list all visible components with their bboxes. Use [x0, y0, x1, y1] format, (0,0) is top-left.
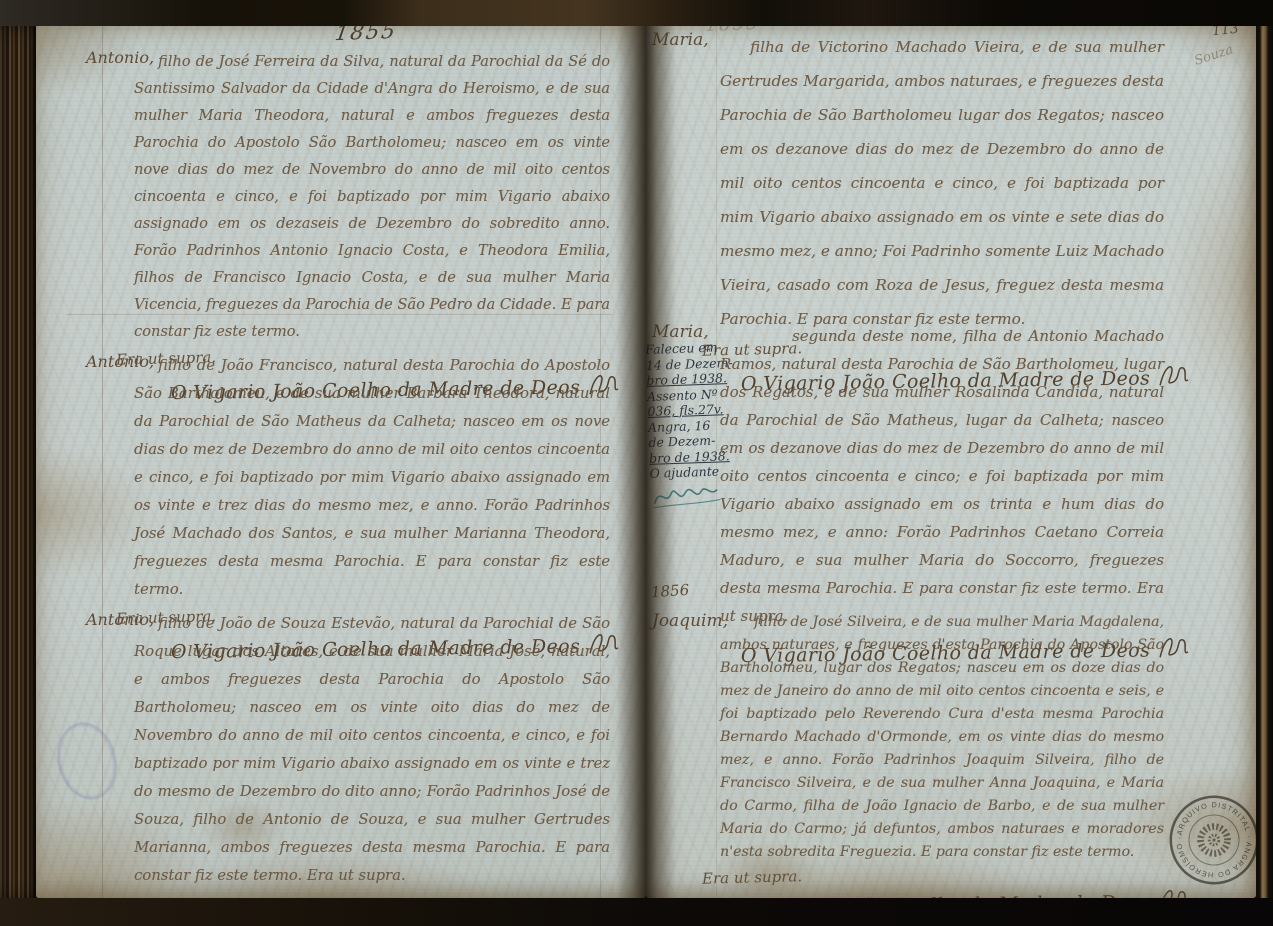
entry-closing: Era ut supra.	[702, 866, 832, 887]
faded-ink-stamp	[49, 716, 124, 806]
photo-background-bottom	[0, 898, 1273, 926]
entry-closing	[116, 892, 246, 895]
entry-margin-name: Maria,	[652, 322, 709, 342]
entry-body: filha de Victorino Machado Vieira, e de …	[720, 30, 1164, 336]
margin-year: 1856	[650, 581, 689, 602]
signature-rubric-icon	[1157, 885, 1191, 898]
book-page-edges	[0, 4, 38, 922]
entry-body: filho de José Silveira, e de sua mulher …	[720, 611, 1164, 864]
entry-margin-name: Maria,	[652, 30, 709, 50]
book-cover-edge	[1253, 0, 1273, 926]
vicar-signature: O Vigario João Coelho da Madre de Deos	[744, 885, 1188, 898]
baptism-entry: Antonio, filho de José Ferreira da Silva…	[134, 48, 610, 401]
entry-margin-name: Joaquim,	[652, 611, 728, 631]
entry-body: filho de José Ferreira da Silva, natural…	[134, 48, 610, 345]
photo-background-top	[0, 0, 1273, 26]
baptism-entry: Joaquim, filho de José Silveira, e de su…	[720, 611, 1164, 898]
scanned-register-photo: 1855 Antonio, filho de José Ferreira da …	[0, 0, 1273, 926]
left-page: 1855 Antonio, filho de José Ferreira da …	[36, 22, 646, 898]
entry-body: filho de João Francisco, natural desta P…	[134, 352, 610, 604]
archive-stamp: ARQUIVO DISTRITAL · ANGRA DO HEROÍSMO ·	[1160, 786, 1256, 894]
entry-body: segunda deste nome, filha de Antonio Mac…	[720, 322, 1164, 630]
entry-body: filho de João de Souza Estevão, natural …	[134, 610, 610, 890]
assistant-signature-scribble	[650, 479, 729, 512]
right-page: 113 Souza 1855 Maria, filha de Victorino…	[646, 22, 1256, 898]
margin-catchword: Souza	[1193, 42, 1235, 69]
stamp-emblem	[1199, 825, 1229, 855]
baptism-entry: Antonio, filho de João de Souza Estevão,…	[134, 610, 610, 898]
vicar-signature-text: O Vigario João Coelho da Madre de Deos	[741, 891, 1151, 898]
